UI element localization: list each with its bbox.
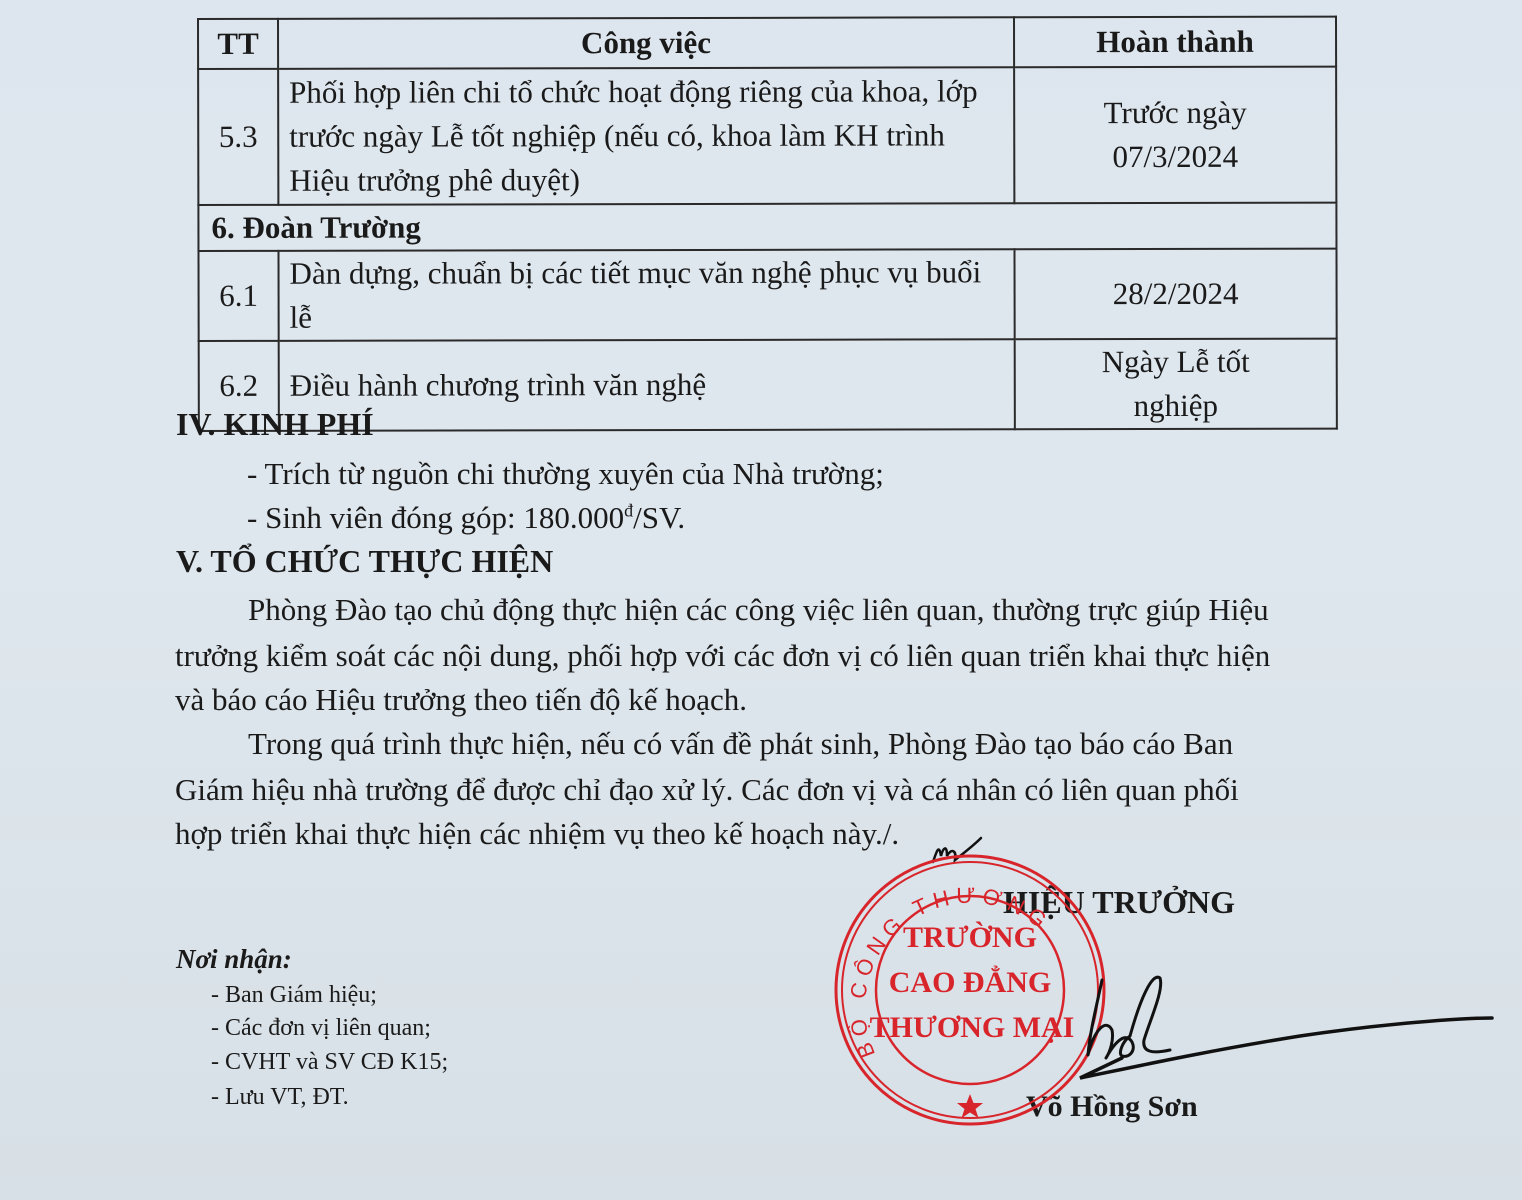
table-header-row: TT Công việc Hoàn thành — [198, 17, 1336, 69]
cell-done: 28/2/2024 — [1014, 249, 1336, 340]
header-done: Hoàn thành — [1014, 17, 1336, 68]
recipient-item: - Các đơn vị liên quan; — [211, 1015, 431, 1042]
paragraph-line: Giám hiệu nhà trường để được chỉ đạo xử … — [175, 768, 1239, 812]
header-tt: TT — [198, 19, 278, 69]
paragraph-line: và báo cáo Hiệu trưởng theo tiến độ kế h… — [175, 678, 747, 722]
task-table: TT Công việc Hoàn thành 5.3 Phối hợp liê… — [197, 16, 1338, 432]
table-section-row: 6. Đoàn Trường — [198, 203, 1336, 251]
cell-tt: 6.1 — [198, 251, 278, 341]
table-row: 5.3 Phối hợp liên chi tổ chức hoạt động … — [198, 67, 1336, 205]
recipient-item: - Ban Giám hiệu; — [211, 982, 377, 1009]
currency-symbol: đ — [624, 501, 633, 521]
star-icon — [957, 1094, 983, 1118]
section-v-heading: V. TỔ CHỨC THỰC HIỆN — [176, 543, 553, 580]
cell-done: Ngày Lễ tốt nghiệp — [1015, 339, 1337, 430]
cell-work: Dàn dựng, chuẩn bị các tiết mục văn nghệ… — [278, 249, 1014, 341]
recipients-title: Nơi nhận: — [176, 944, 292, 975]
funding-unit: /SV. — [633, 500, 685, 535]
funding-item: - Sinh viên đóng góp: 180.000đ/SV. — [247, 500, 685, 536]
handwritten-signature — [1060, 960, 1520, 1090]
section-iv-heading: IV. KINH PHÍ — [176, 406, 374, 443]
header-work: Công việc — [278, 17, 1014, 69]
section-title: 6. Đoàn Trường — [198, 203, 1336, 251]
stamp-line-1: TRƯỜNG — [903, 921, 1037, 954]
recipient-item: - CVHT và SV CĐ K15; — [211, 1049, 448, 1076]
funding-text: - Sinh viên đóng góp: 180.000 — [247, 500, 624, 535]
table-row: 6.1 Dàn dựng, chuẩn bị các tiết mục văn … — [198, 249, 1336, 341]
paragraph-line: hợp triển khai thực hiện các nhiệm vụ th… — [175, 812, 899, 856]
recipient-item: - Lưu VT, ĐT. — [211, 1084, 349, 1111]
paragraph-line: trưởng kiểm soát các nội dung, phối hợp … — [175, 634, 1270, 678]
cell-done: Trước ngày 07/3/2024 — [1014, 67, 1336, 204]
funding-item: - Trích từ nguồn chi thường xuyên của Nh… — [247, 456, 884, 492]
cell-work: Điều hành chương trình văn nghệ — [279, 339, 1015, 431]
paragraph-line: Trong quá trình thực hiện, nếu có vấn đề… — [248, 722, 1233, 766]
paragraph-line: Phòng Đào tạo chủ động thực hiện các côn… — [248, 588, 1269, 632]
stamp-line-2: CAO ĐẲNG — [889, 966, 1052, 999]
cell-work: Phối hợp liên chi tổ chức hoạt động riên… — [278, 67, 1014, 205]
stamp-line-3: THƯƠNG MẠI — [870, 1011, 1075, 1044]
cell-tt: 5.3 — [198, 69, 278, 205]
document-page: TT Công việc Hoàn thành 5.3 Phối hợp liê… — [0, 0, 1522, 1200]
